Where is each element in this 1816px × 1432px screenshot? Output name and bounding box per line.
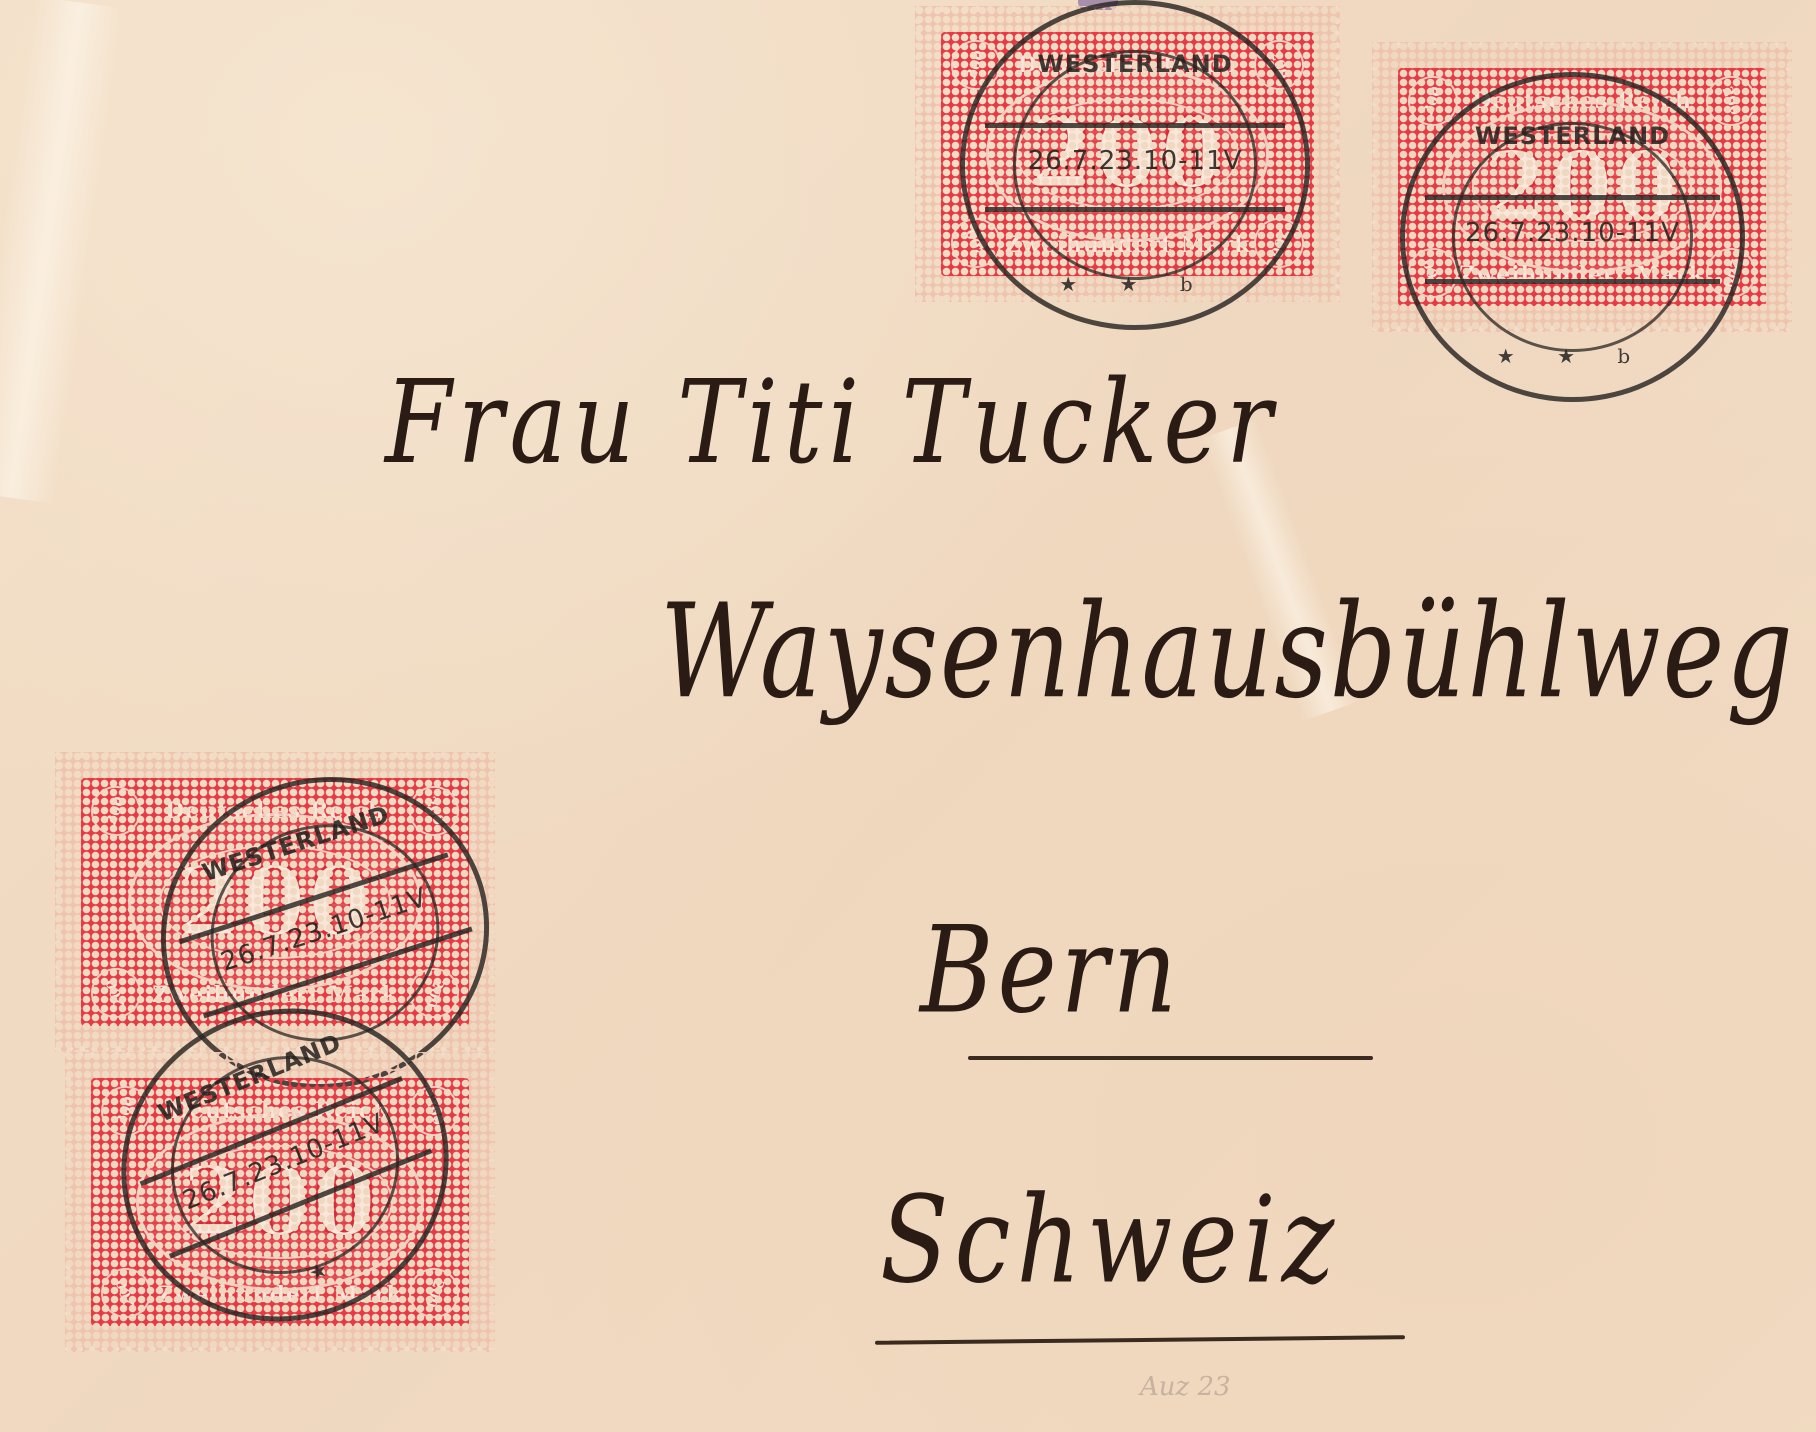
stamp-design: 200 200 200 200 Deutsches Reich 200 Zwei… [81, 778, 469, 1026]
address-country: Schweiz [880, 1170, 1340, 1310]
address-recipient: Frau Titi Tucker [385, 355, 1278, 489]
denomination-text: Zweihundert Mark [1398, 262, 1766, 288]
country-inscription: Deutsches Reich [81, 798, 469, 824]
postmark-stars: ★ ★ b [1405, 344, 1740, 368]
paper-crease [0, 0, 124, 504]
stamp-top-right: 200 200 200 200 Deutsches Reich 200 Zwei… [1372, 42, 1792, 332]
stamp-design: 200 200 200 200 Deutsches Reich 200 Zwei… [1398, 68, 1766, 306]
address-city: Bern [920, 900, 1181, 1040]
country-inscription: Deutsches Reich [941, 52, 1314, 78]
envelope: 200 200 200 200 Deutsches Reich 200 Zwei… [0, 0, 1816, 1432]
denomination-text: Zweihundert Mark [941, 232, 1314, 258]
stamp-design: 200 200 200 200 Deutsches Reich 200 Zwei… [941, 32, 1314, 276]
city-underline [968, 1056, 1373, 1060]
denomination-text: Zweihundert Mark [81, 982, 469, 1008]
pencil-note: Auz 23 [1140, 1372, 1231, 1402]
country-underline [875, 1335, 1405, 1345]
stamp-value: 200 [91, 854, 460, 950]
stamp-value: 200 [1407, 139, 1757, 235]
denomination-text: Zweihundert Mark [91, 1282, 469, 1308]
stamp-design: 200 200 200 200 Deutsches Reich 200 Zwei… [91, 1078, 469, 1326]
stamp-left-lower: 200 200 200 200 Deutsches Reich 200 Zwei… [65, 1052, 495, 1352]
country-inscription: Deutsches Reich [91, 1098, 469, 1124]
country-inscription: Deutsches Reich [1398, 88, 1766, 114]
address-street: Waysenhausbühlweg 2 [660, 575, 1816, 728]
stamp-top-middle: 200 200 200 200 Deutsches Reich 200 Zwei… [915, 6, 1340, 302]
stamp-value: 200 [950, 106, 1304, 202]
stamp-left-upper: 200 200 200 200 Deutsches Reich 200 Zwei… [55, 752, 495, 1052]
stamp-value: 200 [100, 1154, 459, 1250]
